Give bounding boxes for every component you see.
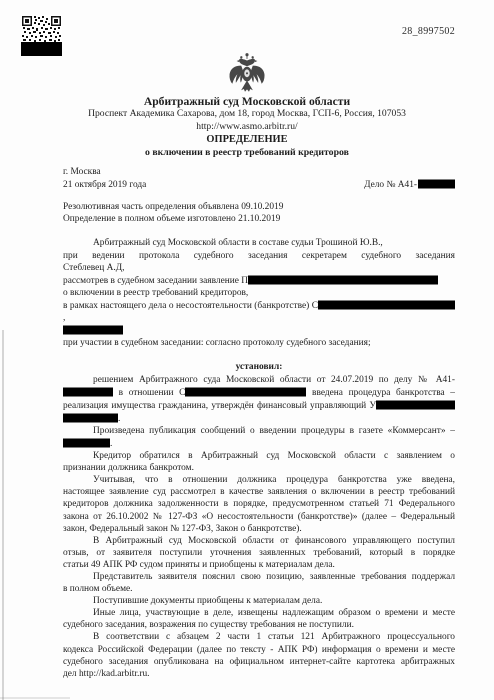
text-segment: закона от 26.10.2002 № 127-ФЗ «О несосто… [63,512,455,522]
text-segment: в рамках настоящего дела о несостоятельн… [63,301,318,311]
text-segment: Резолютивная часть определения объявлена… [63,202,283,212]
redaction-bar [63,387,113,396]
text-line: Произведена публикация сообщений о введе… [63,425,455,437]
redaction-bar [318,300,455,309]
court-address: Проспект Академика Сахарова, дом 18, гор… [0,108,494,120]
text-line: закона от 26.10.2002 № 127-ФЗ «О несосто… [63,511,455,523]
qr-redaction [21,42,62,56]
text-line: закон, Федеральный закон № 127-ФЗ, Закон… [63,523,455,535]
text-line: кредиторов должника задолженности в поря… [63,498,455,510]
text-segment: судебного заседания, возражения по сущес… [63,620,354,630]
text-line: Поступившие документы приобщены к матери… [63,595,455,607]
spacer [63,225,455,237]
text-segment: реализация имущества гражданина, утвержд… [63,401,376,411]
text-segment: закон, Федеральный закон № 127-ФЗ, Закон… [63,524,302,534]
text-segment: судебного заседания опубликована на офиц… [63,657,455,667]
spacer [63,349,455,361]
text-segment: кодекса Российской Федерации (далее по т… [63,645,455,655]
court-website: http://www.asmo.arbitr.ru/ [0,121,494,133]
text-segment: В Арбитражный суд Московской области от … [93,536,455,546]
text-line: при участии в судебном заседании: соглас… [63,337,455,349]
redaction-bar [248,275,438,284]
text-segment: Учитывая, что в отношении должника проце… [93,475,455,485]
text-line: о включении в реестр требований кредитор… [63,287,455,299]
text-line: в рамках настоящего дела о несостоятельн… [63,299,455,324]
text-line: В Арбитражный суд Московской области от … [63,535,455,547]
text-line: Кредитор обратился в Арбитражный суд Мос… [63,450,455,462]
date-and-case-row: 21 октября 2019 года Дело № А41- [63,178,455,191]
text-segment: отзыв, от заявителя поступили уточнения … [63,548,455,558]
text-segment: в отношении С [113,388,185,398]
text-line [63,324,455,337]
redaction-bar [376,400,455,409]
case-number-label: Дело № А41- [364,180,417,190]
scan-edge-shadow [2,330,4,700]
text-segment: Стеблевец А.Д, [63,263,125,273]
document-subtitle: о включении в реестр требований кредитор… [0,147,494,159]
text-segment: статьи 49 АПК РФ судом приняты и приобще… [63,560,335,570]
text-line: В соответствии с абзацем 2 части 1 стать… [63,631,455,643]
city: г. Москва [63,166,455,178]
text-segment: в полном объеме. [63,584,133,594]
text-segment: настоящее заявление суд рассмотрел в кач… [63,487,455,497]
text-line: признании должника банкротом. [63,462,455,474]
text-segment: рассмотрев в судебном заседании заявлени… [63,276,248,286]
qr-code-icon [21,15,62,56]
text-segment: признании должника банкротом. [63,463,194,473]
document-body: Резолютивная часть определения объявлена… [63,201,455,680]
text-line: . [63,437,455,450]
text-line: установил: [63,361,455,373]
text-segment: Иные лица, участвующие в деле, извещены … [93,608,455,618]
text-line: реализация имущества гражданина, утвержд… [63,399,455,412]
document-date: 21 октября 2019 года [63,179,146,191]
text-segment: . [110,439,112,449]
text-segment: введена процедура банкротства – [306,388,455,398]
text-line: статьи 49 АПК РФ судом приняты и приобще… [63,559,455,571]
text-line: Резолютивная часть определения объявлена… [63,201,455,213]
text-segment: установил: [236,362,283,372]
text-segment: Представитель заявителя пояснил свою поз… [93,572,455,582]
text-line: судебного заседания опубликована на офиц… [63,656,455,668]
text-segment: Кредитор обратился в Арбитражный суд Мос… [93,451,455,461]
text-line: рассмотрев в судебном заседании заявлени… [63,274,455,287]
coat-of-arms-icon [226,52,268,94]
text-segment: при участии в судебном заседании: соглас… [63,338,371,348]
text-line: кодекса Российской Федерации (далее по т… [63,644,455,656]
text-line: настоящее заявление суд рассмотрел в кач… [63,486,455,498]
court-name: Арбитражный суд Московской области [0,96,494,108]
text-line: в отношении С введена процедура банкротс… [63,386,455,399]
text-line: Определение в полном объеме изготовлено … [63,213,455,225]
letterhead: Арбитражный суд Московской области Просп… [0,96,494,159]
text-segment: Арбитражный суд Московской области в сос… [93,238,383,248]
text-segment: дел http://kad.arbitr.ru. [63,669,150,679]
text-segment: решением Арбитражного суда Московской об… [93,375,455,385]
case-number: Дело № А41- [364,178,455,191]
text-line: отзыв, от заявителя поступили уточнения … [63,547,455,559]
text-line: . [63,412,455,425]
redaction-bar [63,326,123,335]
text-line: Учитывая, что в отношении должника проце… [63,474,455,486]
text-segment: . [118,414,120,424]
text-line: Иные лица, участвующие в деле, извещены … [63,607,455,619]
text-segment: кредиторов должника задолженности в поря… [63,499,455,509]
redaction-bar [63,413,118,422]
document-type-title: ОПРЕДЕЛЕНИЕ [0,134,494,146]
document-text-block: г. Москва 21 октября 2019 года Дело № А4… [63,166,455,680]
text-segment: , [63,313,65,323]
scanned-court-document-page: 28_8997502 Арбитражный с [0,0,494,700]
text-line: решением Арбитражного суда Московской об… [63,374,455,386]
text-line: дел http://kad.arbitr.ru. [63,668,455,680]
scan-edge-shadow [0,697,70,699]
text-line: Представитель заявителя пояснил свою поз… [63,571,455,583]
text-segment: В соответствии с абзацем 2 части 1 стать… [93,632,455,642]
text-line: при ведении протокола судебного заседани… [63,250,455,262]
text-segment: Произведена публикация сообщений о введе… [93,426,455,436]
document-number: 28_8997502 [402,26,455,37]
text-line: Стеблевец А.Д, [63,262,455,274]
text-segment: Определение в полном объеме изготовлено … [63,214,280,224]
redaction-bar [63,438,110,447]
text-segment: о включении в реестр требований кредитор… [63,288,248,298]
redaction-bar [185,387,306,396]
text-line: Арбитражный суд Московской области в сос… [63,237,455,249]
redaction-bar [418,180,455,189]
text-line: в полном объеме. [63,583,455,595]
text-segment: при ведении протокола судебного заседани… [63,251,455,261]
text-line: судебного заседания, возражения по сущес… [63,619,455,631]
text-segment: Поступившие документы приобщены к матери… [93,596,322,606]
